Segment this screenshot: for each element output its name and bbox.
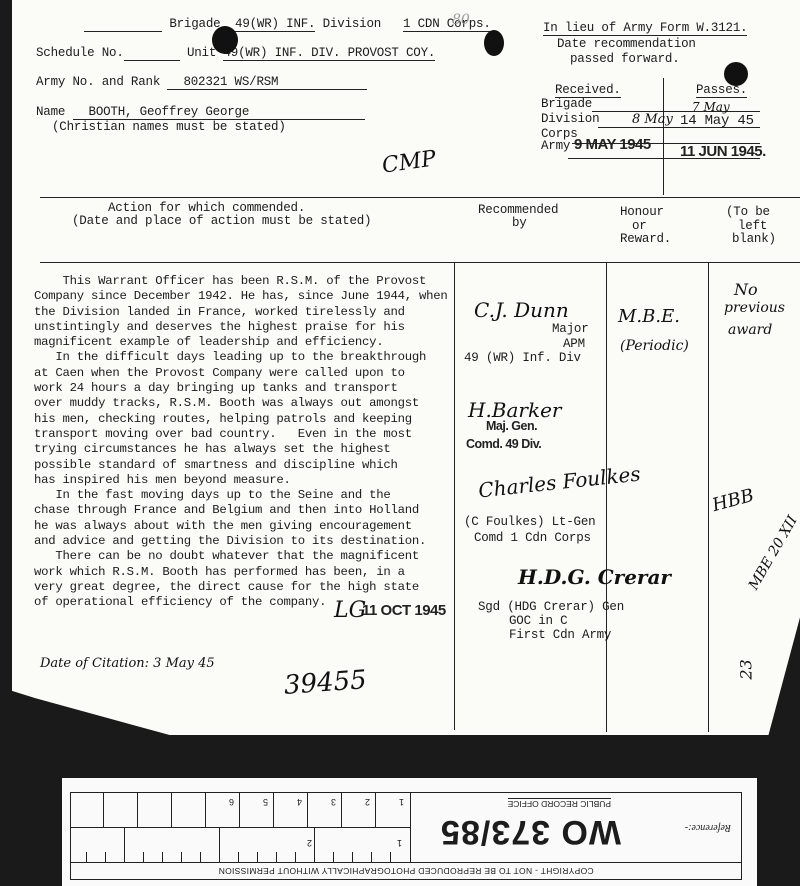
signature-foulkes: Charles Foulkes [477, 462, 641, 503]
received-passes-divider [663, 78, 664, 195]
public-record-office: PUBLIC RECORD OFFICE [508, 798, 611, 809]
form-ref-subtitle-2: passed forward. [570, 52, 680, 66]
citation-line: There can be no doubt whatever that the … [34, 549, 448, 564]
scale-tick [205, 793, 206, 827]
col-blank-line3: blank) [732, 232, 776, 246]
brigade-passes: 7 May [692, 100, 730, 114]
col-divider-3 [708, 262, 709, 732]
handwritten-cmp: CMP [381, 146, 438, 178]
measurement-scale: 1 2 1 2 3 4 5 6 [70, 793, 411, 862]
received-label: Received. [555, 83, 621, 98]
row-label-brigade: Brigade [541, 97, 592, 111]
scale-tick [137, 793, 138, 827]
scale-inches: 1 2 [70, 827, 410, 862]
col-action-line2: (Date and place of action must be stated… [72, 214, 371, 228]
col-recommended-line1: Recommended [478, 203, 558, 217]
division-received: 8 May [632, 112, 673, 127]
citation-line: at Caen when the Provost Company were ca… [34, 366, 448, 381]
col-divider-2 [606, 262, 607, 732]
remarks-rotated-mark: 23 [737, 659, 756, 679]
date-of-citation: Date of Citation: 3 May 45 [40, 656, 215, 671]
recommender-2-appointment: Comd. 49 Div. [466, 437, 541, 451]
corps-received-stamp: 9 MAY 1945 [574, 136, 651, 153]
brigade-label: Brigade [169, 17, 220, 31]
scale-tick [124, 828, 125, 862]
name-label: Name [36, 105, 65, 119]
citation-line: his men, checking routes, helping patrol… [34, 412, 448, 427]
scale-tick [143, 852, 144, 862]
remarks-initials: HBB [710, 485, 756, 516]
recommender-3-name: (C Foulkes) Lt-Gen [464, 515, 595, 529]
citation-line: In the difficult days leading up to the … [34, 350, 448, 365]
citation-line: very great degree, the direct cause for … [34, 580, 448, 595]
scale-tick [219, 828, 220, 862]
army-no-value: 802321 WS/RSM [167, 75, 367, 90]
citation-line: work which R.S.M. Booth has performed ha… [34, 565, 448, 580]
col-honour-line2: or [632, 219, 647, 233]
scale-tick [257, 852, 258, 862]
citation-line: magnificent example of leadership and ef… [34, 335, 448, 350]
brigade-blank [84, 17, 162, 32]
gazette-date-stamp: 11 OCT 1945 [362, 602, 446, 619]
col-action-line1: Action for which commended. [108, 201, 305, 215]
schedule-label: Schedule No. [36, 46, 124, 60]
form-ref-title: In lieu of Army Form W.3121. [543, 21, 747, 36]
copyright-notice: COPYRIGHT - NOT TO BE REPRODUCED PHOTOGR… [71, 862, 741, 879]
scale-tick [333, 852, 334, 862]
citation-line: Company since December 1942. He has, sin… [34, 289, 448, 304]
citation-line: This Warrant Officer has been R.S.M. of … [34, 274, 448, 289]
col-recommended-line2: by [512, 216, 527, 230]
scale-cm: 1 2 3 4 5 6 [70, 793, 410, 827]
citation-line: trying circumstances he has always set t… [34, 442, 448, 457]
recommender-1-rank: Major [552, 322, 589, 336]
passes-label: Passes. [696, 83, 747, 98]
reference-label: Reference:- [685, 822, 731, 833]
scale-tick [390, 852, 391, 862]
pencil-mark: 80 [452, 12, 470, 28]
corps-value: 1 CDN Corps. [403, 17, 491, 32]
schedule-line: Schedule No. Unit 49(WR) INF. DIV. PROVO… [36, 46, 435, 61]
signature-crerar: H.D.G. Crerar [518, 565, 671, 589]
scale-tick [273, 793, 274, 827]
reference-code: WO 373/85 [440, 812, 621, 851]
citation-line: possible standard of smartness and disci… [34, 458, 448, 473]
citation-text: This Warrant Officer has been R.S.M. of … [34, 274, 448, 611]
remarks-margin-note: MBE 20 XII [746, 513, 800, 593]
scale-tick [86, 852, 87, 862]
file-number: 39455 [283, 665, 368, 701]
honour-note: (Periodic) [620, 338, 689, 354]
honour-award: M.B.E. [618, 306, 680, 327]
unit-label: Unit [187, 46, 216, 60]
scale-tick [341, 793, 342, 827]
citation-line: transport moving over bad country. Even … [34, 427, 448, 442]
scale-tick [105, 852, 106, 862]
unit-value: 49(WR) INF. DIV. PROVOST COY. [223, 46, 435, 61]
scale-tick [171, 793, 172, 827]
army-no-line: Army No. and Rank 802321 WS/RSM [36, 75, 367, 90]
recommender-2-rank: Maj. Gen. [486, 419, 537, 433]
scale-tick [307, 793, 308, 827]
citation-line: work 24 hours a day bringing up tanks an… [34, 381, 448, 396]
recommender-1-unit: 49 (WR) Inf. Div [464, 351, 581, 365]
scale-tick [238, 852, 239, 862]
division-passes: 14 May 45 [680, 113, 754, 129]
brigade-line: Brigade 49(WR) INF. Division 1 CDN Corps… [84, 17, 491, 32]
citation-line: he was always about with the men giving … [34, 519, 448, 534]
col-blank-line2: left [738, 219, 767, 233]
scale-tick [200, 852, 201, 862]
scale-tick [276, 852, 277, 862]
remarks-line2: previous [724, 300, 785, 316]
citation-line: has inspired his men beyond measure. [34, 473, 448, 488]
recommender-4-appointment: GOC in C [509, 614, 567, 628]
citation-line: over muddy tracks, R.S.M. Booth was alwa… [34, 396, 448, 411]
remarks-line3: award [728, 322, 772, 338]
col-honour-line3: Reward. [620, 232, 671, 246]
division-value: 49(WR) INF. [235, 17, 315, 32]
row-label-division: Division [541, 112, 599, 126]
scale-tick [352, 852, 353, 862]
punch-hole [484, 30, 504, 56]
army-passes-stamp: 11 JUN 1945. [680, 143, 766, 160]
army-no-label: Army No. and Rank [36, 75, 160, 89]
scale-tick [314, 828, 315, 862]
scale-tick [239, 793, 240, 827]
citation-line: and advice and getting the Division to i… [34, 534, 448, 549]
recommender-1-appointment: APM [563, 337, 585, 351]
col-blank-line1: (To be [726, 205, 770, 219]
scale-tick [371, 852, 372, 862]
scale-tick [162, 852, 163, 862]
citation-line: unstintingly and deserves the highest pr… [34, 320, 448, 335]
scale-tick [103, 793, 104, 827]
col-honour-line1: Honour [620, 205, 664, 219]
signature-dunn: C.J. Dunn [474, 298, 569, 322]
scale-tick [375, 793, 376, 827]
row-label-army: Army [541, 139, 570, 153]
archive-strip: COPYRIGHT - NOT TO BE REPRODUCED PHOTOGR… [62, 778, 757, 886]
recommender-4-unit: First Cdn Army [509, 628, 611, 642]
citation-line: the Division landed in France, worked ti… [34, 305, 448, 320]
recommender-3-appointment: Comd 1 Cdn Corps [474, 531, 591, 545]
scale-tick [181, 852, 182, 862]
name-value: BOOTH, Geoffrey George [73, 105, 365, 120]
name-note: (Christian names must be stated) [52, 120, 286, 134]
citation-form-sheet: Brigade 49(WR) INF. Division 1 CDN Corps… [12, 0, 800, 735]
citation-line: In the fast moving days up to the Seine … [34, 488, 448, 503]
punch-hole [212, 26, 238, 54]
citation-line: chase through France and Belgium and the… [34, 503, 448, 518]
remarks-line1: No [734, 280, 758, 299]
col-divider-1 [454, 262, 455, 730]
form-ref-subtitle-1: Date recommendation [557, 37, 696, 51]
name-line: Name BOOTH, Geoffrey George [36, 105, 365, 120]
scale-tick [295, 852, 296, 862]
recommender-4-name: Sgd (HDG Crerar) Gen [478, 600, 624, 614]
division-label: Division [323, 17, 381, 31]
archive-strip-frame: COPYRIGHT - NOT TO BE REPRODUCED PHOTOGR… [70, 792, 742, 880]
